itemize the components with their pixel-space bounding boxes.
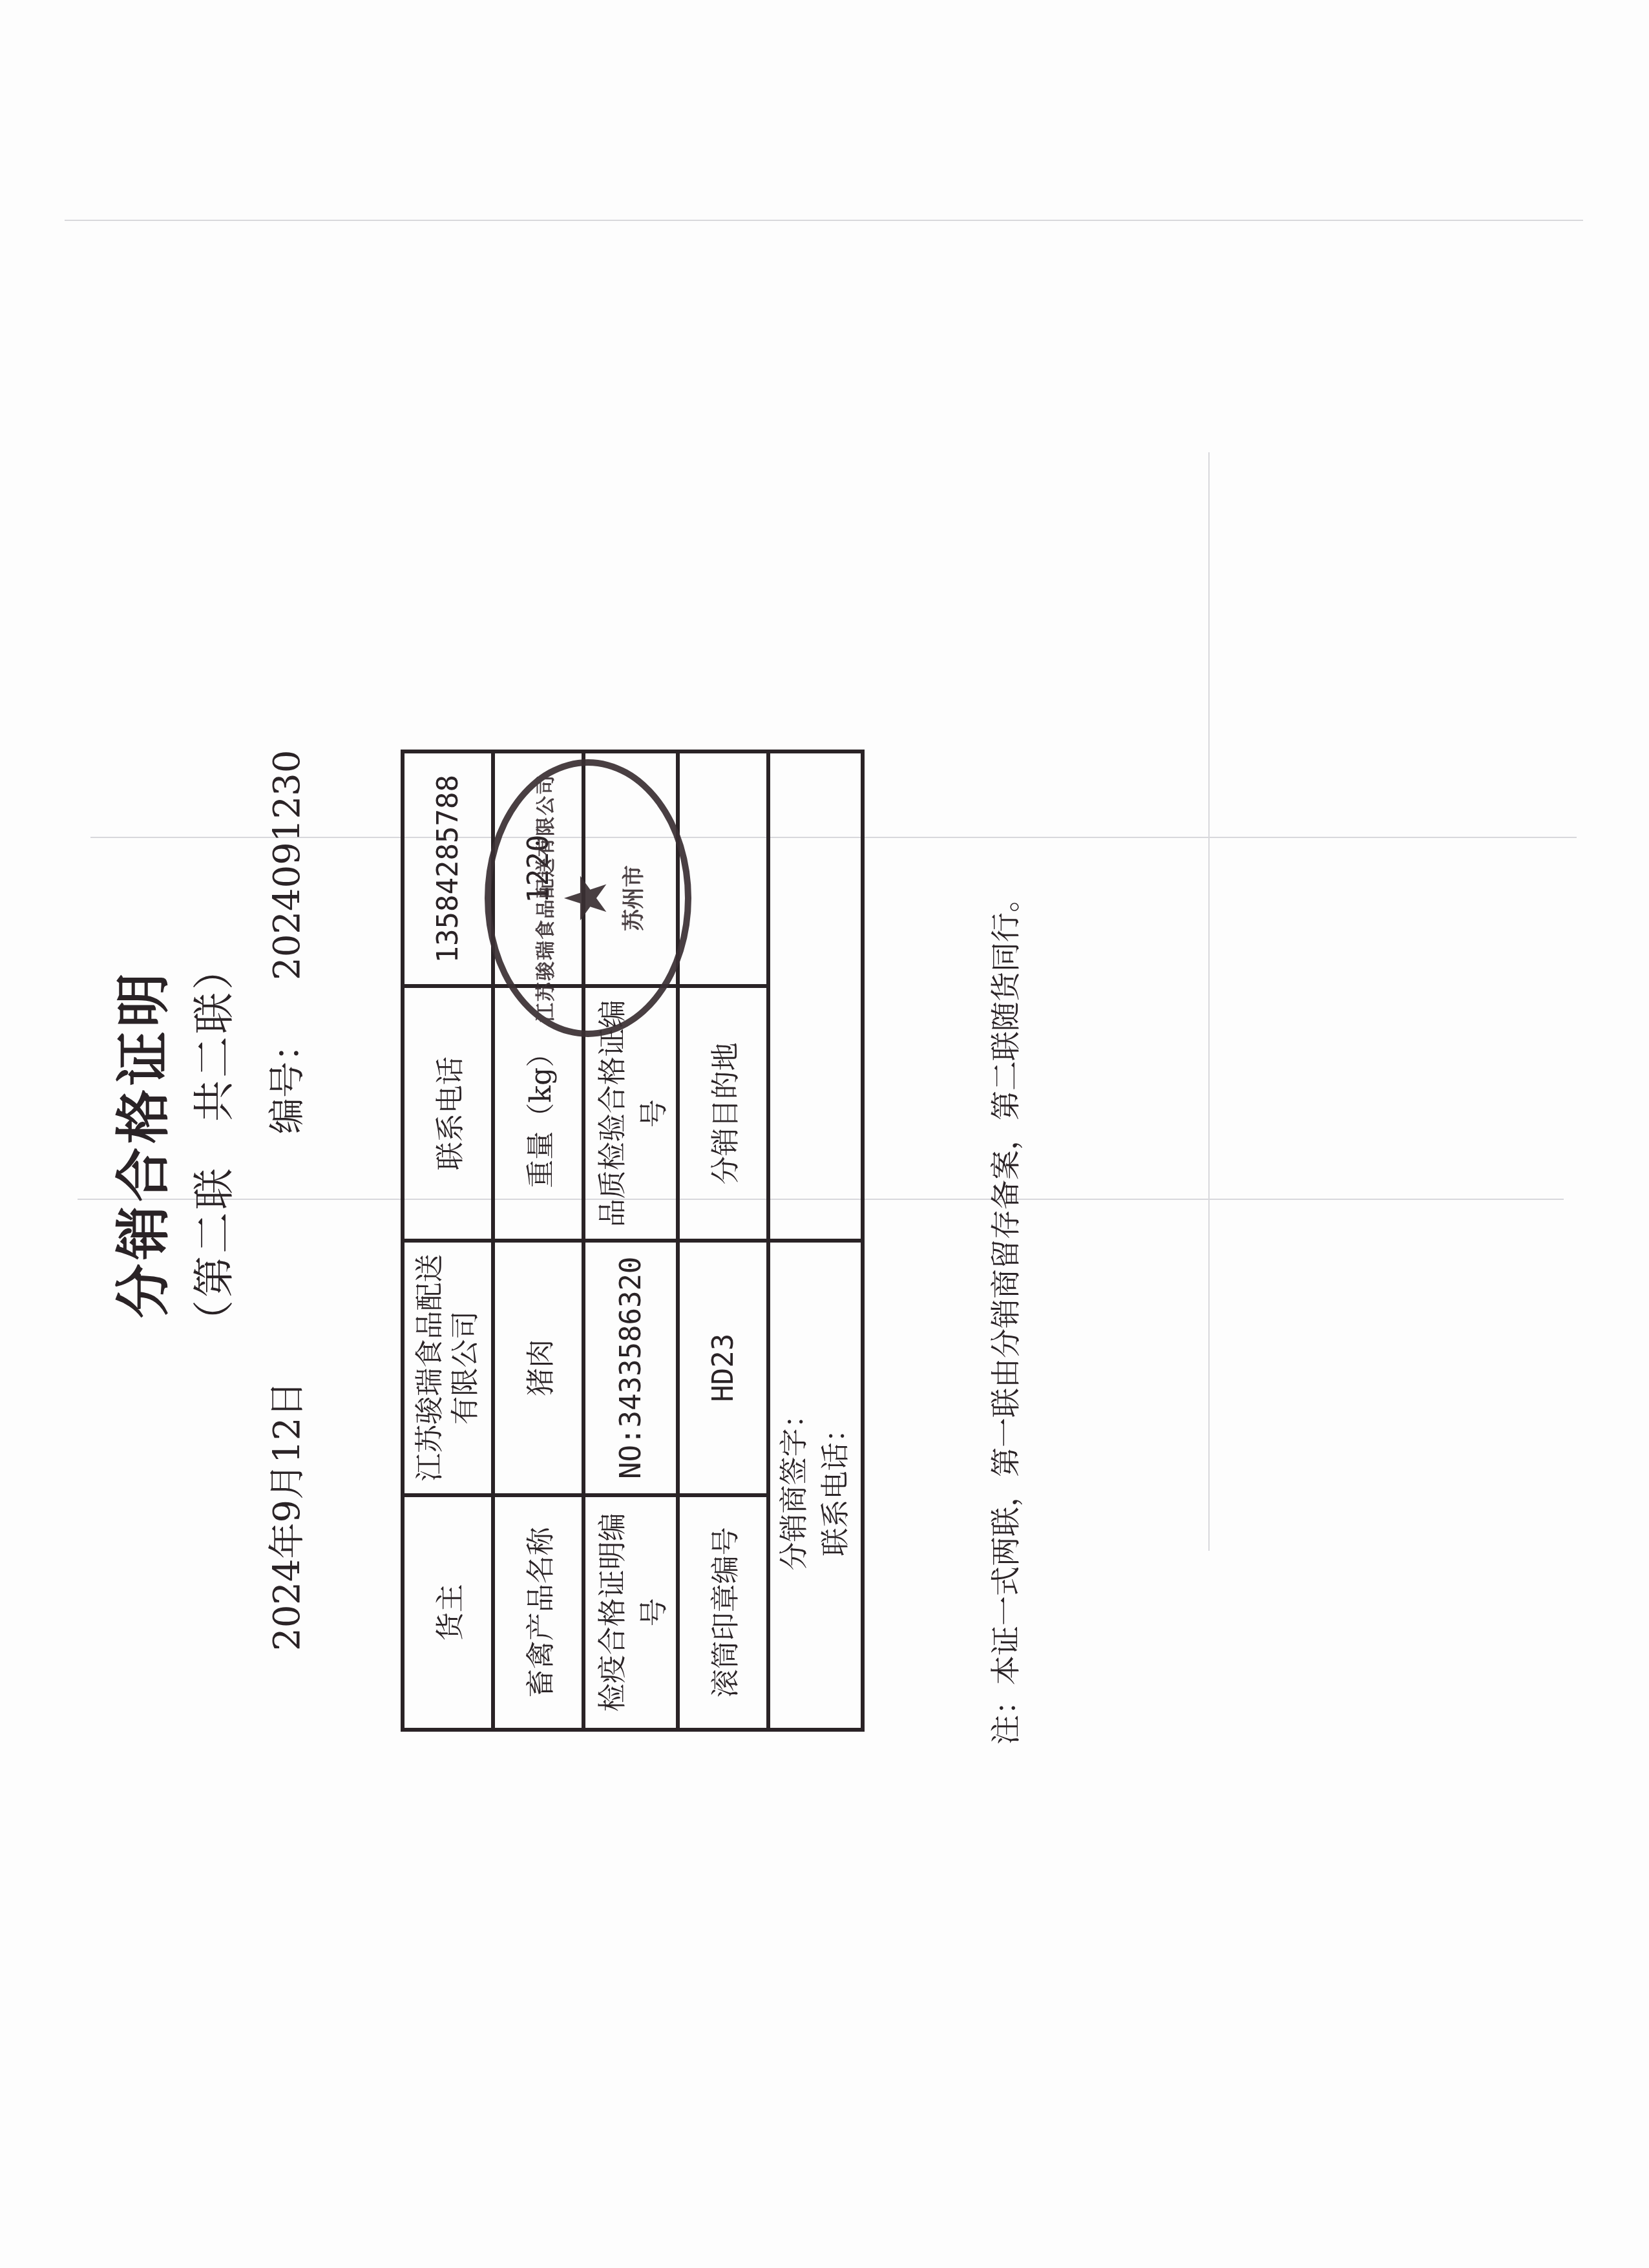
serial-label: 编号： bbox=[266, 1025, 308, 1134]
roller-stamp-value: HD23 bbox=[678, 1241, 768, 1495]
weight-label: 重量（kg） bbox=[493, 986, 583, 1241]
quality-cert-label: 品质检验合格证编号 bbox=[583, 986, 678, 1241]
table-row: 货主 江苏骏瑞食品配送有限公司 联系电话 13584285788 bbox=[403, 751, 493, 1730]
phone-label: 联系电话 bbox=[403, 986, 493, 1241]
table-row: 检疫合格证明编号 NO:3433586320 品质检验合格证编号 bbox=[583, 751, 678, 1730]
blank-cell bbox=[768, 751, 863, 1241]
phone-value: 13584285788 bbox=[403, 751, 493, 986]
distributor-phone-label: 联系电话： bbox=[815, 1250, 857, 1720]
certificate-document: 分销合格证明 （第二联 共二联） 2024年9月12日 编号：202409123… bbox=[65, 216, 1034, 2071]
footnote: 注：本证一式两联，第一联由分销商留存备案，第二联随货同行。 bbox=[982, 883, 1025, 1745]
distributor-signature-label: 分销商签字： bbox=[774, 1250, 815, 1720]
document-subtitle: （第二联 共二联） bbox=[181, 216, 240, 2071]
quarantine-cert-label: 检疫合格证明编号 bbox=[583, 1495, 678, 1730]
serial-number: 编号：2024091230 bbox=[258, 750, 310, 1134]
quarantine-cert-value: NO:3433586320 bbox=[583, 1241, 678, 1495]
signature-cell: 分销商签字： 联系电话： bbox=[768, 1241, 863, 1730]
destination-label: 分销目的地 bbox=[678, 986, 768, 1241]
certificate-table: 货主 江苏骏瑞食品配送有限公司 联系电话 13584285788 畜禽产品名称 … bbox=[401, 750, 865, 1732]
quality-cert-value bbox=[583, 751, 678, 986]
table-row: 分销商签字： 联系电话： bbox=[768, 751, 863, 1730]
owner-label: 货主 bbox=[403, 1495, 493, 1730]
product-name-label: 畜禽产品名称 bbox=[493, 1495, 583, 1730]
product-name-value: 猪肉 bbox=[493, 1241, 583, 1495]
table-row: 滚筒印章编号 HD23 分销目的地 bbox=[678, 751, 768, 1730]
weight-value: 1220 bbox=[493, 751, 583, 986]
issue-date: 2024年9月12日 bbox=[258, 1381, 310, 1651]
roller-stamp-label: 滚筒印章编号 bbox=[678, 1495, 768, 1730]
table-row: 畜禽产品名称 猪肉 重量（kg） 1220 bbox=[493, 751, 583, 1730]
serial-value: 2024091230 bbox=[266, 750, 308, 980]
document-title: 分销合格证明 bbox=[100, 216, 178, 2071]
destination-value bbox=[678, 751, 768, 986]
owner-value: 江苏骏瑞食品配送有限公司 bbox=[403, 1241, 493, 1495]
scan-artifact bbox=[1208, 452, 1210, 1551]
